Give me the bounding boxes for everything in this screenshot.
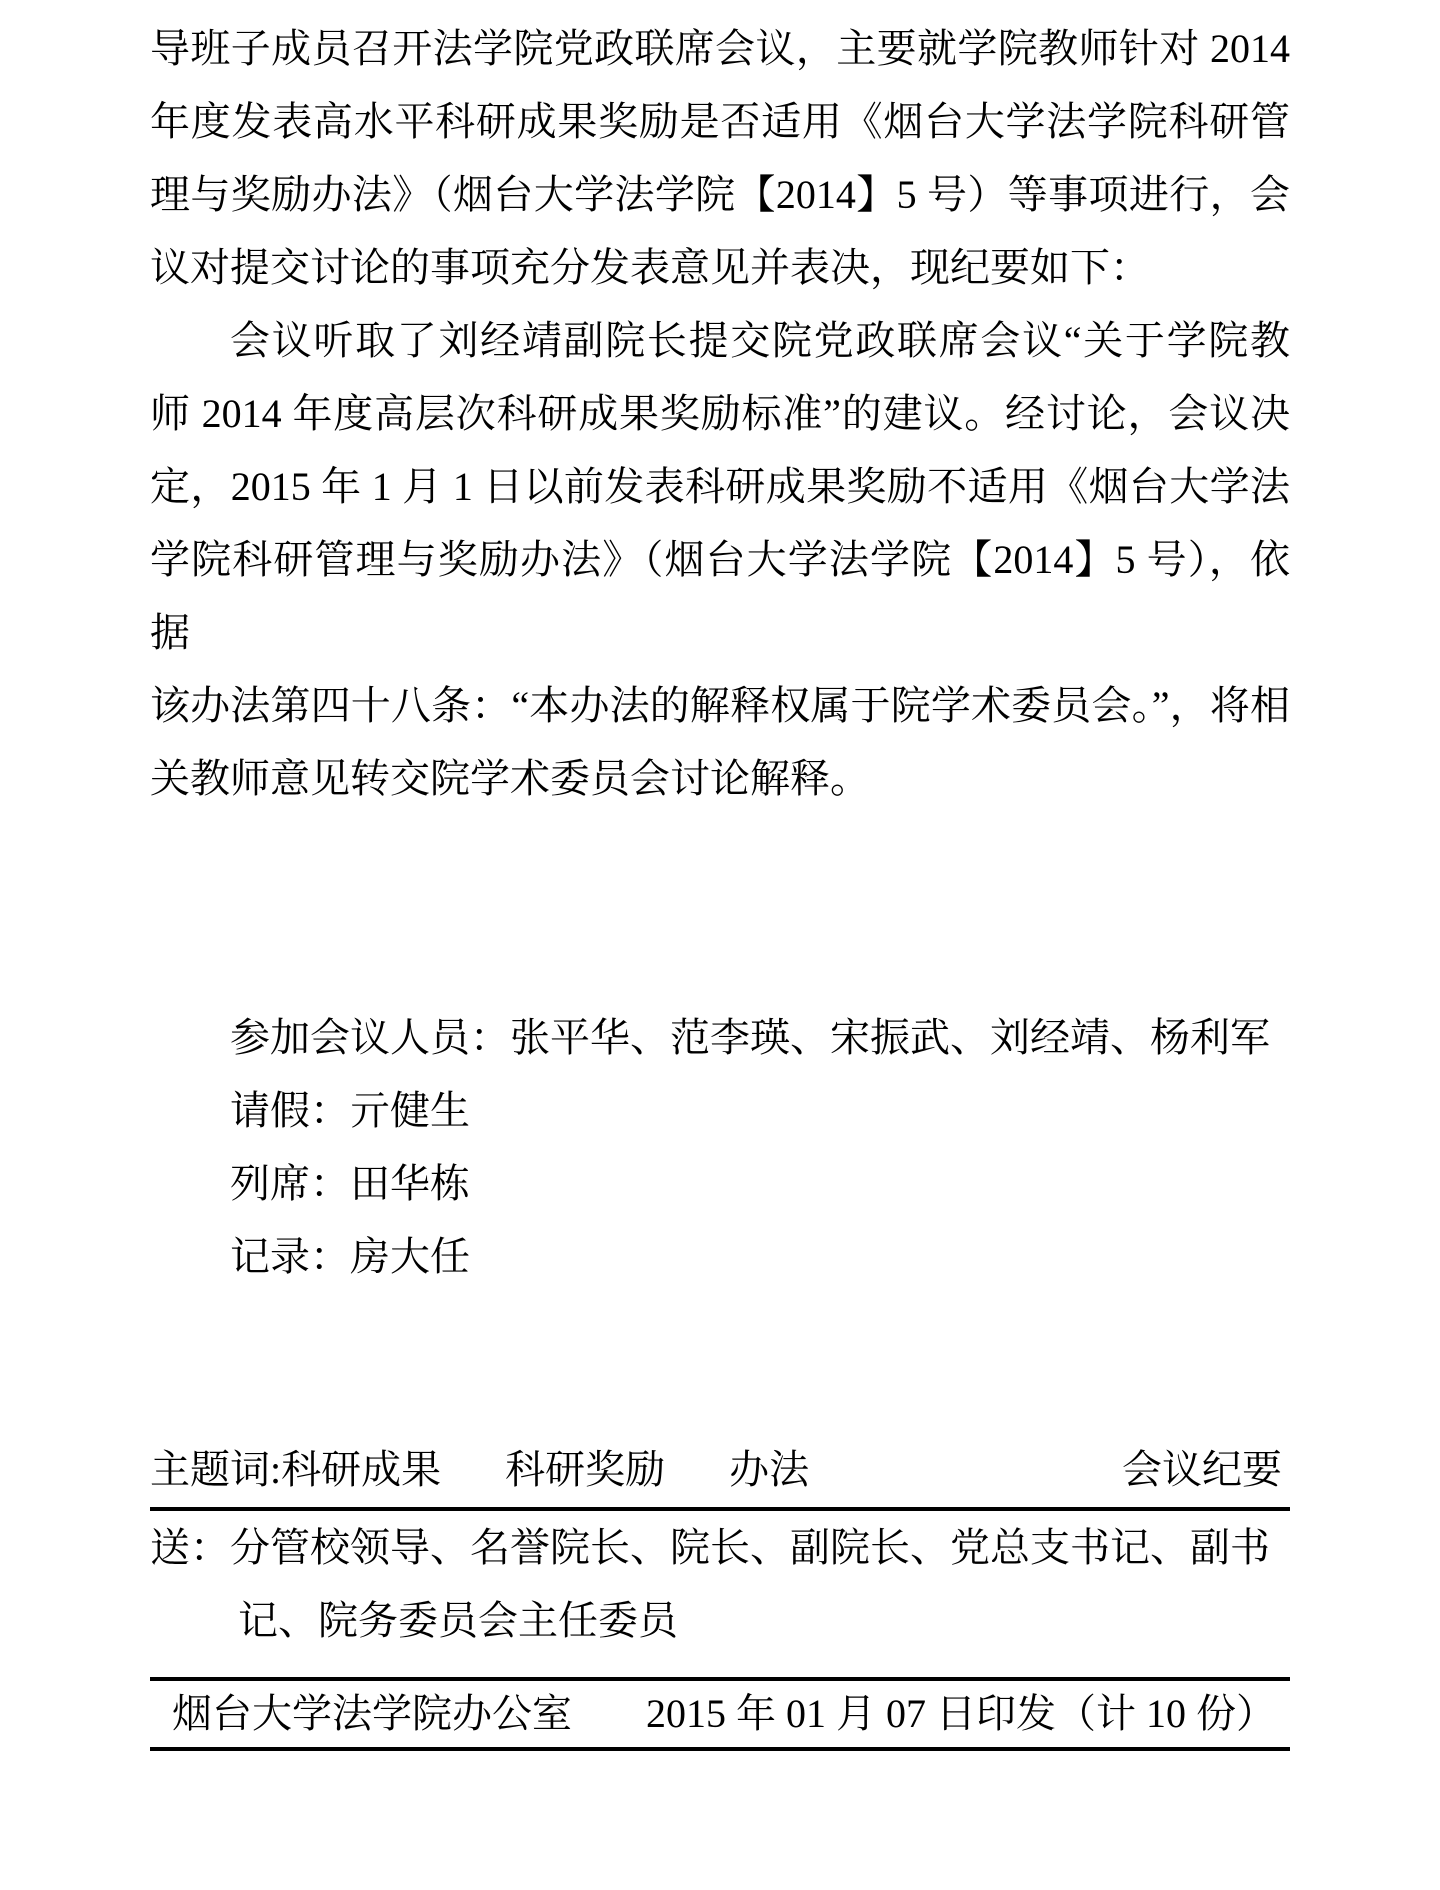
subject-keywords-row: 主题词: 科研成果 科研奖励 办法 会议纪要	[150, 1433, 1290, 1511]
document-type-label: 会议纪要	[1122, 1433, 1282, 1506]
attendance-block: 参加会议人员：张平华、范李瑛、宋振武、刘经靖、杨利军 请假：亓健生 列席：田华栋…	[150, 1001, 1290, 1293]
paragraph-opening: 导班子成员召开法学院党政联席会议，主要就学院教师针对 2014 年度发表高水平科…	[150, 12, 1290, 304]
text-line: 关教师意见转交院学术委员会讨论解释。	[150, 742, 1290, 815]
issuance-bar: 烟台大学法学院办公室 2015 年 01 月 07 日印发（计 10 份）	[150, 1677, 1290, 1751]
text-line: 议对提交讨论的事项充分发表意见并表决，现纪要如下：	[150, 231, 1290, 304]
document-footer-block: 主题词: 科研成果 科研奖励 办法 会议纪要 送：分管校领导、名誉院长、院长、副…	[150, 1433, 1290, 1751]
text-line: 理与奖励办法》（烟台大学法学院【2014】5 号）等事项进行，会	[150, 158, 1290, 231]
text-line: 定，2015 年 1 月 1 日以前发表科研成果奖励不适用《烟台大学法	[150, 450, 1290, 523]
text-line: 师 2014 年度高层次科研成果奖励标准”的建议。经讨论，会议决	[150, 377, 1290, 450]
subject-term: 科研成果	[281, 1433, 441, 1506]
distribution-line: 记、院务委员会主任委员	[150, 1584, 1290, 1657]
text-line: 会议听取了刘经靖副院长提交院党政联席会议“关于学院教	[150, 304, 1290, 377]
leave-line: 请假：亓健生	[230, 1074, 1290, 1147]
issue-date-info: 2015 年 01 月 07 日印发（计 10 份）	[646, 1683, 1276, 1745]
issuing-office: 烟台大学法学院办公室	[172, 1683, 572, 1745]
recorder-line: 记录：房大任	[230, 1220, 1290, 1293]
participants-line: 参加会议人员：张平华、范李瑛、宋振武、刘经靖、杨利军	[230, 1001, 1290, 1074]
text-line: 导班子成员召开法学院党政联席会议，主要就学院教师针对 2014	[150, 12, 1290, 85]
paragraph-resolution: 会议听取了刘经靖副院长提交院党政联席会议“关于学院教 师 2014 年度高层次科…	[150, 304, 1290, 815]
distribution-line: 送：分管校领导、名誉院长、院长、副院长、党总支书记、副书	[150, 1511, 1290, 1584]
distribution-list: 送：分管校领导、名誉院长、院长、副院长、党总支书记、副书 记、院务委员会主任委员	[150, 1511, 1290, 1657]
subject-label: 主题词:	[150, 1433, 281, 1506]
subject-term: 科研奖励	[505, 1433, 665, 1506]
text-line: 年度发表高水平科研成果奖励是否适用《烟台大学法学院科研管	[150, 85, 1290, 158]
text-line: 该办法第四十八条：“本办法的解释权属于院学术委员会。”，将相	[150, 669, 1290, 742]
observer-line: 列席：田华栋	[230, 1147, 1290, 1220]
text-line: 学院科研管理与奖励办法》（烟台大学法学院【2014】5 号），依据	[150, 523, 1290, 669]
subject-term: 办法	[729, 1433, 809, 1506]
document-page: 导班子成员召开法学院党政联席会议，主要就学院教师针对 2014 年度发表高水平科…	[150, 0, 1290, 1751]
